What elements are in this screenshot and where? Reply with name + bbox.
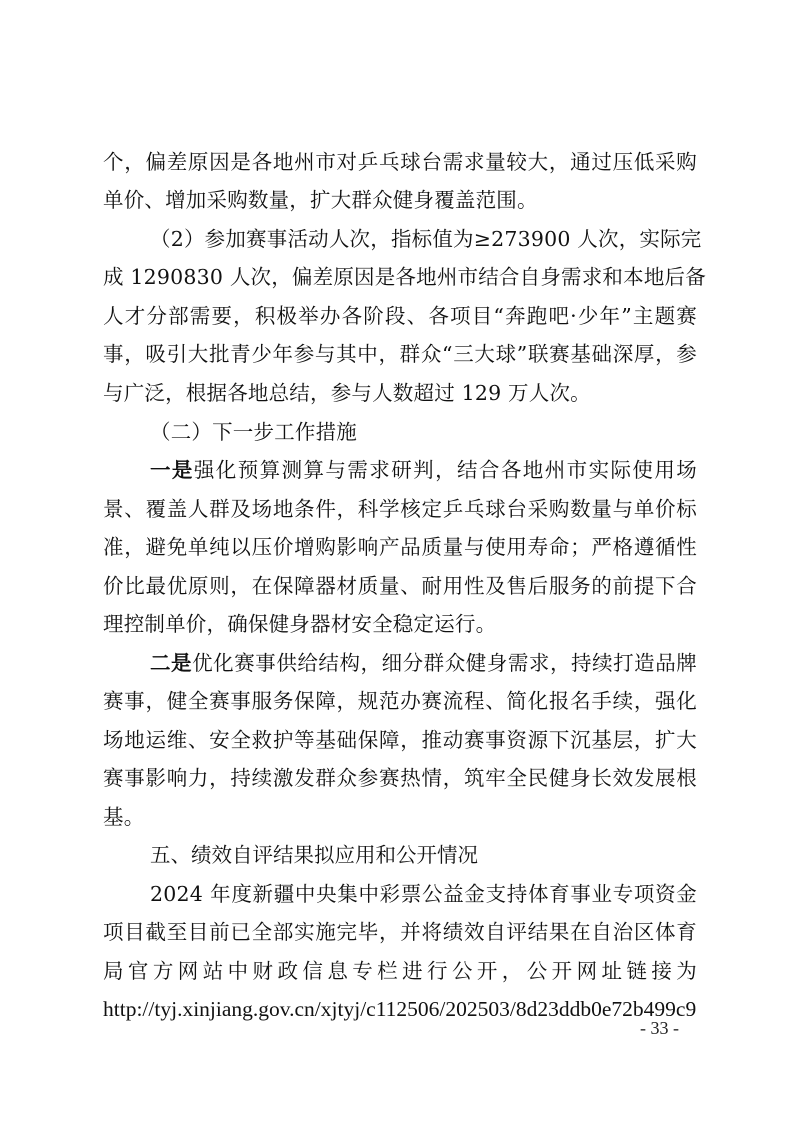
body-text-line: 准，避免单纯以压价增购影响产品质量与使用寿命；严格遵循性 bbox=[103, 528, 697, 566]
body-text-line: 2024 年度新疆中央集中彩票公益金支持体育事业专项资金 bbox=[150, 875, 697, 913]
body-text-line: 赛事，健全赛事服务保障，规范办赛流程、简化报名手续，强化 bbox=[103, 682, 697, 720]
document-page: 个，偏差原因是各地州市对乒乓球台需求量较大，通过压低采购 单价、增加采购数量，扩… bbox=[0, 0, 793, 1122]
page-number: - 33 - bbox=[640, 1018, 679, 1039]
subheading-next-steps: （二）下一步工作措施 bbox=[150, 413, 697, 451]
body-text-line: （2）参加赛事活动人次，指标值为≥273900 人次，实际完 bbox=[150, 220, 697, 258]
body-text-line: 项目截至目前已全部实施完毕，并将绩效自评结果在自治区体育 bbox=[103, 913, 697, 951]
body-text-line: 基。 bbox=[103, 798, 697, 836]
section-five-heading: 五、绩效自评结果拟应用和公开情况 bbox=[150, 836, 697, 874]
measure-one-first-line: 一是强化预算测算与需求研判，结合各地州市实际使用场 bbox=[150, 451, 697, 489]
body-text-line: 人才分部需要，积极举办各阶段、各项目“奔跑吧·少年”主题赛 bbox=[103, 297, 697, 335]
body-text-line: 个，偏差原因是各地州市对乒乓球台需求量较大，通过压低采购 bbox=[103, 143, 697, 181]
measure-two-first-line: 二是优化赛事供给结构，细分群众健身需求，持续打造品牌 bbox=[150, 644, 697, 682]
body-text-line: 理控制单价，确保健身器材安全稳定运行。 bbox=[103, 605, 697, 643]
measure-one-lead: 一是 bbox=[150, 458, 194, 482]
body-text: 强化预算测算与需求研判，结合各地州市实际使用场 bbox=[194, 458, 697, 482]
body-text-line: 赛事影响力，持续激发群众参赛热情，筑牢全民健身长效发展根 bbox=[103, 759, 697, 797]
body-text-line: 场地运维、安全救护等基础保障，推动赛事资源下沉基层，扩大 bbox=[103, 721, 697, 759]
measure-two-lead: 二是 bbox=[150, 651, 192, 675]
body-text-line: 价比最优原则，在保障器材质量、耐用性及售后服务的前提下合 bbox=[103, 567, 697, 605]
body-text-line: 与广泛，根据各地总结，参与人数超过 129 万人次。 bbox=[103, 374, 697, 412]
disclosure-url[interactable]: http://tyj.xinjiang.gov.cn/xjtyj/c112506… bbox=[103, 990, 697, 1028]
body-text: 优化赛事供给结构，细分群众健身需求，持续打造品牌 bbox=[192, 651, 697, 675]
body-text-line: 景、覆盖人群及场地条件，科学核定乒乓球台采购数量与单价标 bbox=[103, 490, 697, 528]
body-text-line: 事，吸引大批青少年参与其中，群众“三大球”联赛基础深厚，参 bbox=[103, 335, 697, 373]
body-text-line: 局官方网站中财政信息专栏进行公开，公开网址链接为 bbox=[103, 952, 697, 990]
body-text-line: 单价、增加采购数量，扩大群众健身覆盖范围。 bbox=[103, 181, 697, 219]
body-text-line: 成 1290830 人次，偏差原因是各地州市结合自身需求和本地后备 bbox=[103, 258, 697, 296]
